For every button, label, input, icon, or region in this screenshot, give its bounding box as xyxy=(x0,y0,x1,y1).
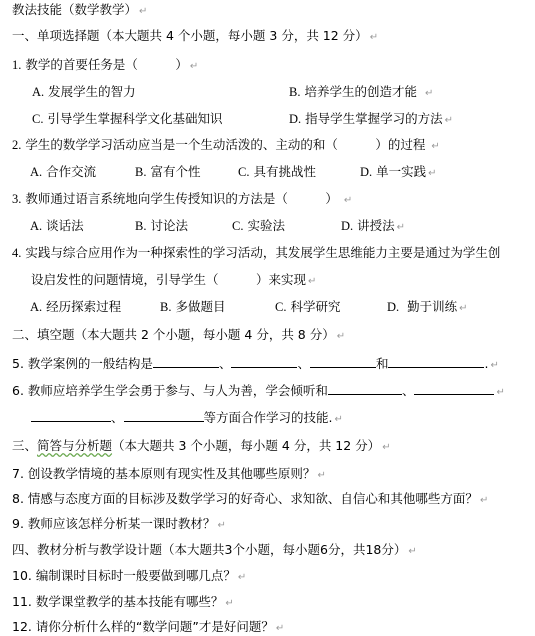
question-4: 4. 实践与综合应用作为一种探索性的学习活动，其发展学生思维能力主要是通过为学生… xyxy=(12,245,500,261)
option-text: 引导学生掌握科学文化基础知识 xyxy=(47,111,222,126)
separator: 、 xyxy=(297,356,310,371)
option-label: B. xyxy=(135,219,146,233)
section-name: 教材分析与教学设计题 xyxy=(37,542,162,557)
separator: 和 xyxy=(376,356,389,371)
option-text: 讲授法 xyxy=(357,218,395,233)
paragraph-mark-icon: ↵ xyxy=(217,520,225,531)
fill-blank[interactable] xyxy=(388,356,484,368)
question-text: 教师通过语言系统地向学生传授知识的方法是（ ） xyxy=(25,191,338,206)
option-3a: A. 谈话法 xyxy=(30,218,84,234)
question-9: 9. 教师应该怎样分析某一课时教材？↵ xyxy=(12,516,226,534)
option-1b: B. 培养学生的创造才能↵ xyxy=(289,84,433,102)
option-text: 培养学生的创造才能 xyxy=(304,84,417,99)
section-prefix: 二、 xyxy=(12,327,37,342)
section-note: （本大题共3个小题，每小题6分，共18分） xyxy=(162,542,406,557)
paragraph-mark-icon: ↵ xyxy=(190,61,198,72)
option-text: 富有个性 xyxy=(150,164,200,179)
option-2c: C. 具有挑战性 xyxy=(238,164,316,180)
section-heading-1: 一、单项选择题（本大题共 4 个小题，每小题 3 分，共 12 分）↵ xyxy=(12,28,378,46)
question-1: 1. 教学的首要任务是（ ）↵ xyxy=(12,57,198,75)
option-1a: A. 发展学生的智力 xyxy=(32,84,136,100)
question-text: 教学的首要任务是（ ） xyxy=(25,57,188,72)
option-text: 发展学生的智力 xyxy=(48,84,136,99)
question-number: 12. xyxy=(12,619,32,634)
paragraph-mark-icon: ↵ xyxy=(370,32,378,43)
option-label: D. xyxy=(341,219,353,233)
question-number: 7. xyxy=(12,466,24,481)
paragraph-mark-icon: ↵ xyxy=(428,168,436,179)
option-label: C. xyxy=(275,300,286,314)
separator: 、 xyxy=(111,410,124,425)
question-text: 等方面合作学习的技能. xyxy=(204,410,333,425)
section-prefix: 三、 xyxy=(12,438,37,453)
fill-blank[interactable] xyxy=(153,356,219,368)
option-label: B. xyxy=(160,300,171,314)
option-text: 多做题目 xyxy=(175,299,225,314)
option-1c: C. 引导学生掌握科学文化基础知识 xyxy=(32,111,222,127)
option-label: C. xyxy=(232,219,243,233)
question-text: 创设教学情境的基本原则有现实性及其他哪些原则？ xyxy=(28,466,316,481)
question-text: 教学案例的一般结构是 xyxy=(28,356,153,371)
section-heading-2: 二、填空题（本大题共 2 个小题，每小题 4 分，共 8 分）↵ xyxy=(12,327,345,345)
option-label: D. xyxy=(387,300,399,314)
question-number: 2. xyxy=(12,138,21,152)
separator: 、 xyxy=(402,383,415,398)
paragraph-mark-icon: ↵ xyxy=(445,115,453,126)
option-label: A. xyxy=(30,300,42,314)
paragraph-mark-icon: ↵ xyxy=(496,387,504,398)
section-name: 填空题 xyxy=(37,327,75,342)
option-2a: A. 合作交流 xyxy=(30,164,96,180)
question-2: 2. 学生的数学学习活动应当是一个生动活泼的、主动的和（ ）的过程↵ xyxy=(12,137,440,155)
question-6-continued: 、等方面合作学习的技能.↵ xyxy=(31,410,343,428)
fill-blank[interactable] xyxy=(328,383,402,395)
paragraph-mark-icon: ↵ xyxy=(337,331,345,342)
paragraph-mark-icon: ↵ xyxy=(408,546,416,557)
question-number: 8. xyxy=(12,491,24,506)
paragraph-mark-icon: ↵ xyxy=(382,442,390,453)
option-3b: B. 讨论法 xyxy=(135,218,188,234)
option-text: 单一实践 xyxy=(376,164,426,179)
question-text: 学生的数学学习活动应当是一个生动活泼的、主动的和（ ）的过程 xyxy=(25,137,425,152)
option-4c: C. 科学研究 xyxy=(275,299,340,315)
question-8: 8. 情感与态度方面的目标涉及数学学习的好奇心、求知欲、自信心和其他哪些方面？↵ xyxy=(12,491,488,509)
paragraph-mark-icon: ↵ xyxy=(459,303,467,314)
question-number: 6. xyxy=(12,383,24,398)
question-number: 11. xyxy=(12,594,32,609)
option-3c: C. 实验法 xyxy=(232,218,285,234)
section-prefix: 一、 xyxy=(12,28,37,43)
paragraph-mark-icon: ↵ xyxy=(397,222,405,233)
option-2b: B. 富有个性 xyxy=(135,164,200,180)
question-text: 编制课时目标时一般要做到哪几点？ xyxy=(36,568,236,583)
option-2d: D. 单一实践↵ xyxy=(360,164,437,182)
paragraph-mark-icon: ↵ xyxy=(344,195,352,206)
period: . xyxy=(484,356,488,371)
fill-blank[interactable] xyxy=(31,410,111,422)
section-name: 简答与分析题 xyxy=(37,438,112,453)
paragraph-mark-icon: ↵ xyxy=(276,623,284,634)
option-label: A. xyxy=(30,165,42,179)
question-4-continued: 设启发性的问题情境，引导学生（ ）来实现↵ xyxy=(31,272,316,290)
question-text: 设启发性的问题情境，引导学生（ ）来实现 xyxy=(31,272,306,287)
option-3d: D. 讲授法↵ xyxy=(341,218,405,236)
option-label: B. xyxy=(289,85,300,99)
question-7: 7. 创设教学情境的基本原则有现实性及其他哪些原则？↵ xyxy=(12,466,326,484)
option-text: 勤于训练 xyxy=(407,299,457,314)
option-4a: A. 经历探索过程 xyxy=(30,299,121,315)
question-number: 3. xyxy=(12,192,21,206)
option-text: 具有挑战性 xyxy=(253,164,316,179)
question-number: 1. xyxy=(12,58,21,72)
fill-blank[interactable] xyxy=(231,356,297,368)
paragraph-mark-icon: ↵ xyxy=(225,598,233,609)
question-text: 数学课堂教学的基本技能有哪些？ xyxy=(36,594,224,609)
question-number: 9. xyxy=(12,516,24,531)
paragraph-mark-icon: ↵ xyxy=(308,276,316,287)
question-text: 教师应该怎样分析某一课时教材？ xyxy=(28,516,216,531)
option-text: 经历探索过程 xyxy=(46,299,121,314)
option-label: C. xyxy=(32,112,43,126)
paragraph-mark-icon: ↵ xyxy=(238,572,246,583)
paragraph-mark-icon: ↵ xyxy=(425,88,433,99)
option-text: 讨论法 xyxy=(150,218,188,233)
fill-blank[interactable] xyxy=(414,383,494,395)
option-text: 科学研究 xyxy=(290,299,340,314)
question-text: 教师应培养学生学会勇于参与、与人为善，学会倾听和 xyxy=(28,383,328,398)
option-label: D. xyxy=(289,112,301,126)
paragraph-mark-icon: ↵ xyxy=(431,141,439,152)
paragraph-mark-icon: ↵ xyxy=(490,360,498,371)
question-number: 5. xyxy=(12,356,24,371)
option-label: B. xyxy=(135,165,146,179)
question-text: 实践与综合应用作为一种探索性的学习活动，其发展学生思维能力主要是通过为学生创 xyxy=(25,245,500,260)
section-heading-4: 四、教材分析与教学设计题（本大题共3个小题，每小题6分，共18分）↵ xyxy=(12,542,417,560)
paragraph-mark-icon: ↵ xyxy=(317,470,325,481)
question-5: 5. 教学案例的一般结构是、、和.↵ xyxy=(12,356,499,374)
section-heading-3: 三、简答与分析题（本大题共 3 个小题，每小题 4 分，共 12 分）↵ xyxy=(12,438,391,456)
section-prefix: 四、 xyxy=(12,542,37,557)
option-text: 合作交流 xyxy=(46,164,96,179)
section-note: （本大题共 2 个小题，每小题 4 分，共 8 分） xyxy=(75,327,335,342)
fill-blank[interactable] xyxy=(124,410,204,422)
option-4d: D. 勤于训练↵ xyxy=(387,299,468,317)
question-text: 请你分析什么样的“数学问题”才是好问题？ xyxy=(36,619,274,634)
section-note: （本大题共 3 个小题，每小题 4 分，共 12 分） xyxy=(112,438,380,453)
option-4b: B. 多做题目 xyxy=(160,299,225,315)
option-text: 谈话法 xyxy=(46,218,84,233)
option-label: C. xyxy=(238,165,249,179)
option-label: A. xyxy=(32,85,44,99)
question-text: 情感与态度方面的目标涉及数学学习的好奇心、求知欲、自信心和其他哪些方面？ xyxy=(28,491,478,506)
option-label: A. xyxy=(30,219,42,233)
option-text: 指导学生掌握学习的方法 xyxy=(305,111,443,126)
document-title: 教法技能（数学教学）↵ xyxy=(12,2,147,20)
paragraph-mark-icon: ↵ xyxy=(480,495,488,506)
section-note: （本大题共 4 个小题，每小题 3 分，共 12 分） xyxy=(100,28,368,43)
question-number: 4. xyxy=(12,246,21,260)
separator: 、 xyxy=(219,356,232,371)
question-12: 12. 请你分析什么样的“数学问题”才是好问题？↵ xyxy=(12,619,284,636)
section-name: 单项选择题 xyxy=(37,28,100,43)
option-1d: D. 指导学生掌握学习的方法↵ xyxy=(289,111,453,129)
title-text: 教法技能（数学教学） xyxy=(12,2,137,17)
question-6: 6. 教师应培养学生学会勇于参与、与人为善，学会倾听和、↵ xyxy=(12,383,505,401)
question-number: 10. xyxy=(12,568,32,583)
paragraph-mark-icon: ↵ xyxy=(139,6,147,17)
question-10: 10. 编制课时目标时一般要做到哪几点？↵ xyxy=(12,568,246,586)
question-11: 11. 数学课堂教学的基本技能有哪些？↵ xyxy=(12,594,234,612)
option-label: D. xyxy=(360,165,372,179)
paragraph-mark-icon: ↵ xyxy=(335,414,343,425)
fill-blank[interactable] xyxy=(310,356,376,368)
question-3: 3. 教师通过语言系统地向学生传授知识的方法是（ ）↵ xyxy=(12,191,352,209)
option-text: 实验法 xyxy=(247,218,285,233)
